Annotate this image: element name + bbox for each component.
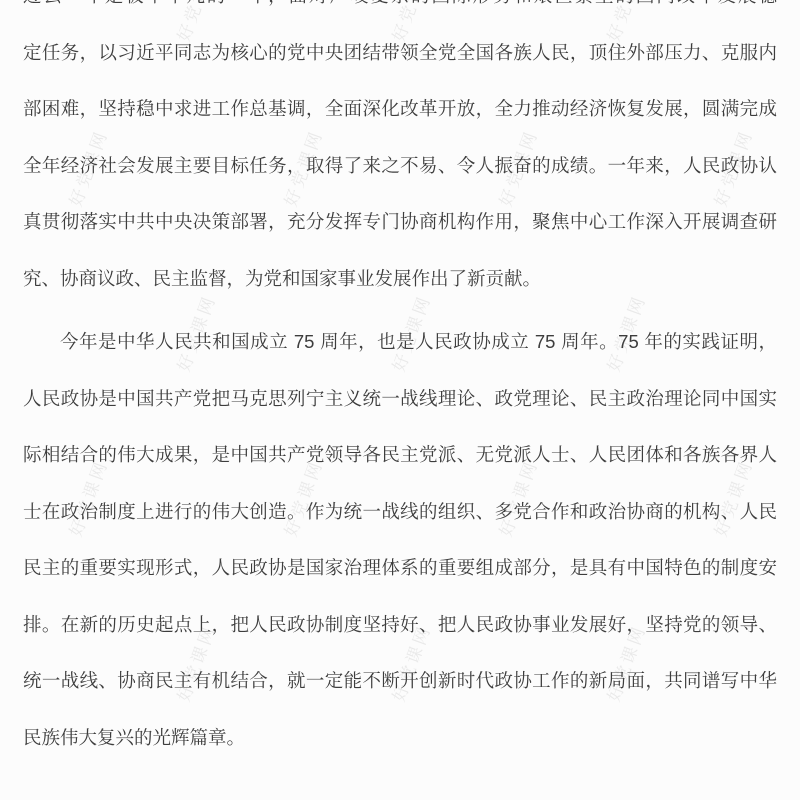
text-line: 定任务，以习近平同志为核心的党中央团结带领全党全国各族人民，顶住外部压力、克服内	[23, 25, 777, 82]
document-page: 好党课网好党课网好党课网好党课网好党课网好党课网好党课网好党课网好党课网好党课网…	[0, 0, 800, 800]
text-line: 民族伟大复兴的光辉篇章。	[23, 710, 777, 767]
paragraph: 过去一年是极不平凡的一年，面对严峻复杂的国际形势和艰巨繁重的国内改革发展稳定任务…	[23, 0, 777, 307]
text-line: 排。在新的历史起点上，把人民政协制度坚持好、把人民政协事业发展好，坚持党的领导、	[23, 597, 777, 654]
text-line: 际相结合的伟大成果，是中国共产党领导各民主党派、无党派人士、人民团体和各族各界人	[23, 427, 777, 484]
text-line: 真贯彻落实中共中央决策部署，充分发挥专门协商机构作用，聚焦中心工作深入开展调查研	[23, 194, 777, 251]
text-line: 民主的重要实现形式，人民政协是国家治理体系的重要组成部分，是具有中国特色的制度安	[23, 540, 777, 597]
text-line: 统一战线、协商民主有机结合，就一定能不断开创新时代政协工作的新局面，共同谱写中华	[23, 653, 777, 710]
text-line: 士在政治制度上进行的伟大创造。作为统一战线的组织、多党合作和政治协商的机构、人民	[23, 484, 777, 541]
text-line: 究、协商议政、民主监督，为党和国家事业发展作出了新贡献。	[23, 251, 777, 308]
document-content: 过去一年是极不平凡的一年，面对严峻复杂的国际形势和艰巨繁重的国内改革发展稳定任务…	[0, 0, 800, 766]
text-line: 全年经济社会发展主要目标任务，取得了来之不易、令人振奋的成绩。一年来，人民政协认	[23, 138, 777, 195]
paragraph: 今年是中华人民共和国成立 75 周年，也是人民政协成立 75 周年。75 年的实…	[23, 314, 777, 766]
text-line: 人民政协是中国共产党把马克思列宁主义统一战线理论、政党理论、民主政治理论同中国实	[23, 371, 777, 428]
text-line-clipped: 过去一年是极不平凡的一年，面对严峻复杂的国际形势和艰巨繁重的国内改革发展稳	[23, 0, 777, 25]
text-line: 部困难，坚持稳中求进工作总基调，全面深化改革开放，全力推动经济恢复发展，圆满完成	[23, 81, 777, 138]
text-line: 今年是中华人民共和国成立 75 周年，也是人民政协成立 75 周年。75 年的实…	[23, 314, 777, 371]
